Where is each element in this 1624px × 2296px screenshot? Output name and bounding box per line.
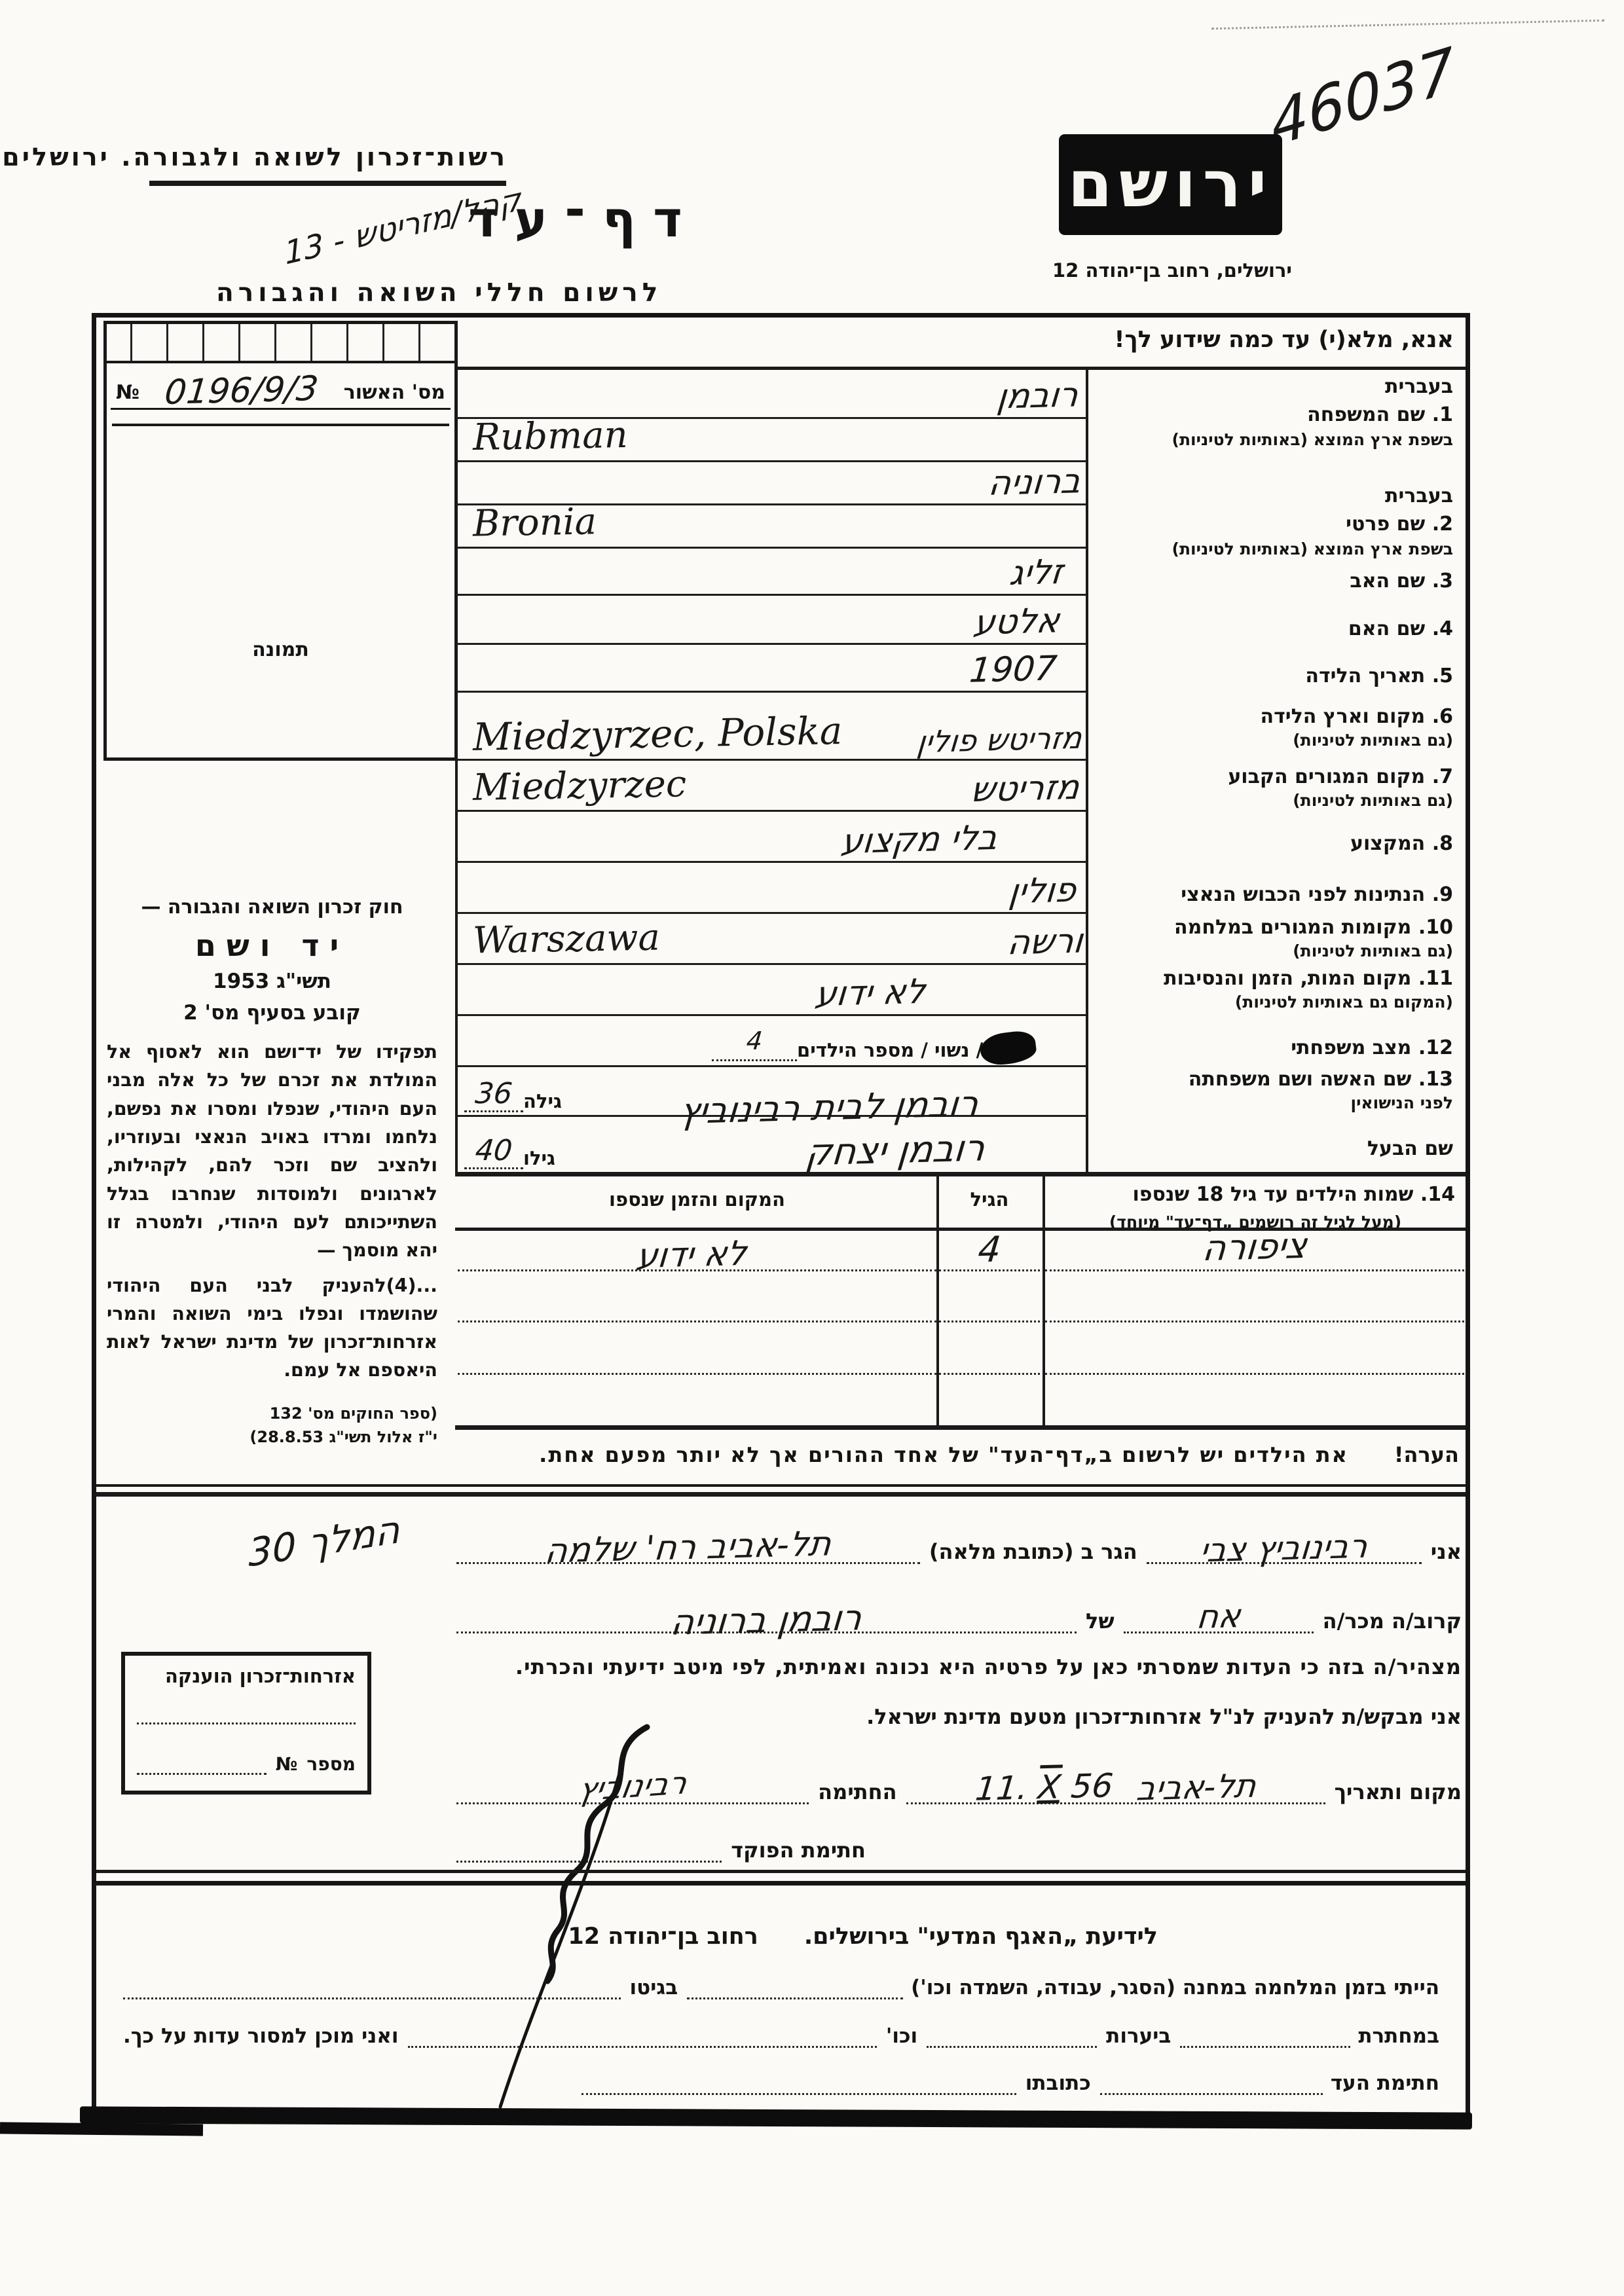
handwritten-husband-age: 40 xyxy=(473,1134,513,1167)
field-label: מצב משפחתי xyxy=(1291,1036,1411,1059)
label-sub: לפני הנישואין xyxy=(1094,1093,1453,1112)
handwritten-wartime-residence-hebrew: ורשה xyxy=(1006,922,1084,963)
declaration-line-2: קרוב/ה מכר/ה אח של רובמן ברוניה xyxy=(456,1580,1462,1633)
photo-box: מס' האשור 0196/9/3 № תמונה xyxy=(103,321,458,761)
note-line: הערה! את הילדים יש לרשום ב„דף־העד" של אח… xyxy=(463,1442,1459,1467)
relative-label: קרוב/ה מכר/ה xyxy=(1323,1609,1462,1633)
scanned-testimony-page: { "scan": { "file_number": "46037", "ann… xyxy=(0,0,1624,2296)
registrar-signature-label: חתימת הפוקד xyxy=(731,1838,866,1863)
handwritten-citizenship: פולין xyxy=(1007,871,1078,912)
field-label: מקום וארץ הלידה xyxy=(1261,705,1426,728)
child-row-2-age xyxy=(939,1270,1040,1322)
field-label: שם המשפחה xyxy=(1307,403,1425,426)
row-surname-latin: Rubman xyxy=(456,419,1086,462)
citizenship-number-line xyxy=(137,1772,267,1775)
field-number: 3. xyxy=(1432,570,1453,592)
yad-vashem-logo: ירושם xyxy=(1061,136,1280,233)
label-group-7: 7. מקום המגורים הקבוע (גם באותיות לטיניו… xyxy=(1094,765,1461,810)
handwritten-firstname-latin: Bronia xyxy=(472,500,597,545)
field-label: שם האם xyxy=(1348,617,1425,640)
branch-heading-text: לידיעת „האגף המדעי" בירושלים. xyxy=(804,1923,1158,1950)
row-citizenship: פולין xyxy=(456,863,1086,914)
forests-line xyxy=(927,2045,1097,2048)
label-group-3: 3. שם האב xyxy=(1094,570,1461,592)
field-label: מקומות המגורים במלחמה xyxy=(1174,916,1411,939)
declarant-label: אני xyxy=(1431,1539,1462,1564)
place-date-label: מקום ותאריך xyxy=(1335,1779,1462,1804)
declaration-line-1: אני רבינוביץ צבי הגר ב (כתובת מלאה) תל-א… xyxy=(456,1510,1462,1564)
testify-label: ואני מוכן למסור עדות על כך. xyxy=(123,2024,399,2048)
handwritten-wartime-residence-latin: Warszawa xyxy=(472,917,660,962)
law-reference: (ספר החוקים מס' 132 י"ז אלול תשי"ג 28.8.… xyxy=(107,1402,437,1449)
camp-line xyxy=(687,1996,903,1999)
scan-noise-line xyxy=(1211,20,1604,33)
handwritten-wife-age: 36 xyxy=(473,1077,513,1110)
field-number: 7. xyxy=(1432,765,1453,788)
handwritten-place-of-death: לא ידוע xyxy=(813,972,927,1014)
child-row-1-age: 4 xyxy=(939,1229,1040,1271)
authority-title: רשות־זכרון לשואה ולגבורה. ירושלים xyxy=(2,143,507,172)
label-sub: (גם באותיות לטיניות) xyxy=(1094,731,1453,750)
handwritten-date: 11. X 56 xyxy=(973,1766,1114,1808)
marital-options: רווק / נשוי / מספר הילדים 4 xyxy=(712,1030,1027,1061)
field-number: 4. xyxy=(1432,617,1453,640)
row-father-name: זליג xyxy=(456,549,1086,596)
field-number: 11. xyxy=(1418,967,1453,990)
relation-line: אח xyxy=(1124,1594,1314,1633)
label-group-4: 4. שם האם xyxy=(1094,617,1461,640)
row-husband-name: רובמן יצחק גילו 40 xyxy=(456,1117,1086,1172)
label-husband: שם הבעל xyxy=(1094,1137,1453,1160)
row-profession: בלי מקצוע xyxy=(456,812,1086,863)
handwritten-child-name: ציפורה xyxy=(1201,1225,1309,1269)
label-sub: (גם באותיות לטיניות) xyxy=(1094,791,1453,810)
witness-address-line xyxy=(581,2092,1016,2095)
fill-in-instruction: אנא, מלא(י) עד כמה שידוע לך! xyxy=(1114,327,1454,353)
label-group-12: 12. מצב משפחתי xyxy=(1094,1036,1461,1059)
field-label: מקום המגורים הקבוע xyxy=(1228,765,1425,788)
child-row-3-age xyxy=(939,1321,1040,1375)
approval-number-row: מס' האשור 0196/9/3 № xyxy=(111,365,451,410)
underground-label: במחתרת xyxy=(1358,2024,1439,2048)
date-month-roman: X xyxy=(1036,1768,1062,1806)
label-group-9: 9. הנתינות לפני הכבוש הנאצי xyxy=(1094,883,1461,906)
handwritten-child-age: 4 xyxy=(976,1229,1003,1271)
child-row-2-place xyxy=(458,1270,936,1322)
handwritten-file-number: 46037 xyxy=(1267,34,1459,160)
row-wife-name: רובמן לבית רבינוביץ גילה 36 xyxy=(456,1067,1086,1117)
label-group-10: 10. מקומות המגורים במלחמה (גם באותיות לט… xyxy=(1094,916,1461,960)
field-label: המקצוע xyxy=(1350,832,1425,855)
handwritten-husband-name: רובמן יצחק xyxy=(803,1127,986,1174)
handwritten-firstname-hebrew: ברוניה xyxy=(987,462,1082,503)
law-sidebar: חוק זכרון השואה והגבורה — יד ושם תשי"ג 1… xyxy=(107,896,437,1449)
date-year: 56 xyxy=(1069,1766,1114,1806)
child-row-3-place xyxy=(458,1321,936,1375)
obscured-option: רווק xyxy=(988,1039,1027,1061)
law-clause: קובע בסעיף מס' 2 xyxy=(107,1001,437,1025)
field-number: 2. xyxy=(1432,513,1453,536)
field-label: שם פרטי xyxy=(1346,513,1425,536)
approval-number-label: מס' האשור xyxy=(344,381,445,404)
row-place-of-death: לא ידוע xyxy=(456,965,1086,1016)
logo-address: ירושלים, רחוב בן־יהודה 12 xyxy=(1031,259,1313,282)
husband-age-group: גילו 40 xyxy=(464,1134,555,1169)
field-label: הנתינות לפני הכבוש הנאצי xyxy=(1181,883,1425,906)
ruler-ticks-strip xyxy=(107,324,454,363)
label-sub: (גם באותיות לטיניות) xyxy=(1094,941,1453,960)
label-hebrew-2: בעברית xyxy=(1094,484,1453,507)
handwritten-witness-name: רבינוביץ צבי xyxy=(1198,1527,1369,1570)
photo-placeholder-label: תמונה xyxy=(107,638,454,661)
label-group-8: 8. המקצוע xyxy=(1094,832,1461,855)
branch-row-underground: במחתרת ביערות וכו' ואני מוכן למסור עדות … xyxy=(123,2024,1439,2048)
field-number: 8. xyxy=(1432,832,1453,855)
forests-label: ביערות xyxy=(1106,2024,1171,2048)
residing-label: הגר ב (כתובת מלאה) xyxy=(929,1539,1137,1564)
citizenship-number-label: מספר xyxy=(306,1753,356,1775)
handwritten-surname-hebrew: רובמן xyxy=(995,375,1080,416)
field-label: שם האב xyxy=(1350,570,1425,592)
citizenship-blank-line xyxy=(137,1721,356,1724)
branch-row-camp: הייתי בזמן המלחמה במחנה (הסגר, עבודה, הש… xyxy=(123,1976,1439,1999)
law-body-2: ...(4)להעניק לבני העם היהודי שהושמדו ונפ… xyxy=(107,1271,437,1385)
field-label: שם האשה ושם משפחתה xyxy=(1189,1068,1412,1091)
form-bottom-double-rule xyxy=(96,1870,1466,1873)
etc-line xyxy=(408,2045,877,2048)
ghetto-label: בגיטו xyxy=(630,1976,678,1999)
field-number: 14. xyxy=(1420,1183,1455,1206)
row-birth-date: 1907 xyxy=(456,645,1086,693)
authority-underline xyxy=(149,181,506,186)
witness-signature-line xyxy=(1100,2092,1323,2095)
label-surname-sub: בשפת ארץ המוצא (באותיות לטיניות) xyxy=(1094,430,1453,449)
handwritten-victim-name: רובמן ברוניה xyxy=(669,1597,864,1643)
field-number: 1. xyxy=(1432,403,1453,426)
label-group-6: 6. מקום וארץ הלידה (גם באותיות לטיניות) xyxy=(1094,705,1461,750)
field-number: 13. xyxy=(1418,1068,1453,1091)
field-label: שמות הילדים עד גיל 18 שנספו xyxy=(1132,1183,1413,1206)
note-text: את הילדים יש לרשום ב„דף־העד" של אחד ההור… xyxy=(539,1442,1348,1467)
handwritten-relation: אח xyxy=(1195,1597,1242,1636)
law-reference-line-2: י"ז אלול תשי"ג 28.8.53) xyxy=(107,1425,437,1449)
row-surname-hebrew: רובמן xyxy=(456,367,1086,419)
child-row-1-name: ציפורה xyxy=(1045,1229,1464,1271)
citizenship-box-title: אזרחות־זכרון הוענקה xyxy=(137,1665,356,1687)
label-surname: 1. שם המשפחה xyxy=(1094,403,1453,426)
law-yad-vashem: יד ושם xyxy=(107,928,437,963)
ghetto-line xyxy=(123,1996,621,1999)
row-wartime-residence: ורשה Warszawa xyxy=(456,914,1086,965)
husband-age-line: 40 xyxy=(464,1134,523,1169)
camp-label: הייתי בזמן המלחמה במחנה (הסגר, עבודה, הש… xyxy=(911,1976,1439,1999)
label-firstname-sub: בשפת ארץ המוצא (באותיות לטיניות) xyxy=(1094,539,1453,558)
handwritten-birth-place-latin: Miedzyrzec, Polska xyxy=(472,708,842,759)
witness-address-label: כתובתו xyxy=(1025,2071,1091,2095)
label-group-13: 13. שם האשה ושם משפחתה לפני הנישואין xyxy=(1094,1068,1461,1112)
label-group-1: בעברית 1. שם המשפחה בשפת ארץ המוצא (באות… xyxy=(1094,375,1461,449)
handwritten-birth-place-hebrew: מזריטש פולין xyxy=(915,720,1084,760)
wife-age-group: גילה 36 xyxy=(464,1077,562,1112)
field-number: 12. xyxy=(1418,1036,1453,1059)
field-number: 5. xyxy=(1432,665,1453,687)
of-label: של xyxy=(1086,1609,1115,1633)
label-group-5: 5. תאריך הלידה xyxy=(1094,665,1461,687)
numero-symbol: № xyxy=(116,381,139,404)
handwritten-surname-latin: Rubman xyxy=(472,414,628,459)
address-line: תל-אביב רח' שלמה xyxy=(456,1523,920,1564)
column-divider-labels xyxy=(1086,367,1088,1172)
handwritten-profession: בלי מקצוע xyxy=(840,818,999,862)
declaration-statement: מצהיר/ה בזה כי העדות שמסרתי כאן על פרטיה… xyxy=(456,1654,1462,1679)
approval-underline xyxy=(112,424,449,426)
field-number: 9. xyxy=(1432,883,1453,906)
table-top-rule xyxy=(455,1172,1466,1176)
row-firstname-latin: Bronia xyxy=(456,505,1086,549)
memorial-citizenship-box: אזרחות־זכרון הוענקה מספר № xyxy=(121,1652,371,1795)
label-firstname: 2. שם פרטי xyxy=(1094,513,1453,536)
branch-row-witness-signature: חתימת העד כתובתו xyxy=(123,2071,1439,2095)
table-bottom-rule xyxy=(455,1425,1466,1430)
numero-symbol: № xyxy=(276,1753,298,1775)
field-label: תאריך הלידה xyxy=(1305,665,1425,687)
field-number: 6. xyxy=(1432,705,1453,728)
branch-heading-address: רחוב בן־יהודה 12 xyxy=(568,1923,758,1950)
scientific-branch-section: לידיעת „האגף המדעי" בירושלים. רחוב בן־יה… xyxy=(92,1886,1470,2113)
husband-age-label: גילו xyxy=(523,1147,555,1169)
wife-age-line: 36 xyxy=(464,1077,523,1112)
row-firstname-hebrew: ברוניה xyxy=(456,462,1086,505)
note-rule-thin xyxy=(96,1484,1466,1487)
witness-name-line: רבינוביץ צבי xyxy=(1147,1524,1422,1564)
field-number: 10. xyxy=(1418,916,1453,939)
law-reference-line-1: (ספר החוקים מס' 132 xyxy=(107,1402,437,1425)
col-header-age: הגיל xyxy=(936,1188,1043,1211)
row-mother-name: אלטע xyxy=(456,596,1086,645)
handwritten-children-count: 4 xyxy=(745,1027,764,1056)
law-body: תפקידו של יד־ושם הוא לאסוף אל המולדת את … xyxy=(107,1038,437,1265)
place-date-line: תל-אביב 11. X 56 xyxy=(906,1764,1325,1804)
approval-number-line: 0196/9/3 xyxy=(146,365,337,404)
label-group-husband: שם הבעל xyxy=(1094,1137,1461,1160)
witness-signature-label: חתימת העד xyxy=(1331,2071,1439,2095)
handwritten-father-name: זליג xyxy=(1008,553,1065,593)
label-group-2: בעברית 2. שם פרטי בשפת ארץ המוצא (באותיו… xyxy=(1094,484,1461,558)
handwritten-mother-name: אלטע xyxy=(972,601,1061,642)
ink-blob xyxy=(979,1029,1038,1067)
handwritten-birth-date: 1907 xyxy=(968,649,1059,690)
branch-heading: לידיעת „האגף המדעי" בירושלים. רחוב בן־יה… xyxy=(568,1923,1158,1950)
children-count-line: 4 xyxy=(712,1030,797,1061)
row-residence: מזריטש Miedzyrzec xyxy=(456,761,1086,812)
label-group-11: 11. מקום המות, הזמן והנסיבות (המקום גם ב… xyxy=(1094,967,1461,1011)
children-field-label: 14. שמות הילדים עד גיל 18 שנספו (מעל לגי… xyxy=(1056,1183,1455,1231)
field-label: מקום המות, הזמן והנסיבות xyxy=(1164,967,1411,990)
page-bottom-bar-fragment xyxy=(0,2122,203,2136)
marital-options-text: / נשוי / מספר הילדים xyxy=(797,1039,983,1061)
note-rule-thick xyxy=(96,1492,1466,1497)
law-title: חוק זכרון השואה והגבורה — xyxy=(107,896,437,919)
etc-label: וכו' xyxy=(886,2024,917,2048)
signature-label: החתימה xyxy=(818,1779,896,1804)
note-label: הערה! xyxy=(1394,1442,1459,1467)
form-subtitle: לרשום חללי השואה והגבורה xyxy=(216,278,662,308)
row-birth-place: מזריטש פולין Miedzyrzec, Polska xyxy=(456,693,1086,761)
label-hebrew-1: בעברית xyxy=(1094,375,1453,398)
handwritten-residence-hebrew: מזריטש xyxy=(969,768,1081,810)
victim-name-line: רובמן ברוניה xyxy=(456,1590,1077,1633)
handwritten-residence-latin: Miedzyrzec xyxy=(472,763,686,809)
label-sub: (המקום גם באותיות לטיניות) xyxy=(1094,993,1453,1011)
law-year: תשי"ג 1953 xyxy=(107,970,437,993)
handwritten-place: תל-אביב xyxy=(1135,1767,1258,1808)
col-header-place: המקום והזמן שנספו xyxy=(463,1188,931,1211)
handwritten-approval-number: 0196/9/3 xyxy=(163,369,320,412)
underground-line xyxy=(1180,2045,1350,2048)
row-marital-status: רווק / נשוי / מספר הילדים 4 xyxy=(456,1016,1086,1067)
child-row-2-name xyxy=(1045,1270,1464,1322)
handwritten-address: תל-אביב רח' שלמה xyxy=(544,1524,833,1571)
wife-age-label: גילה xyxy=(523,1090,562,1112)
child-row-1-place: לא ידוע xyxy=(458,1229,936,1271)
date-day: 11. xyxy=(973,1769,1029,1808)
child-row-3-name xyxy=(1045,1321,1464,1375)
